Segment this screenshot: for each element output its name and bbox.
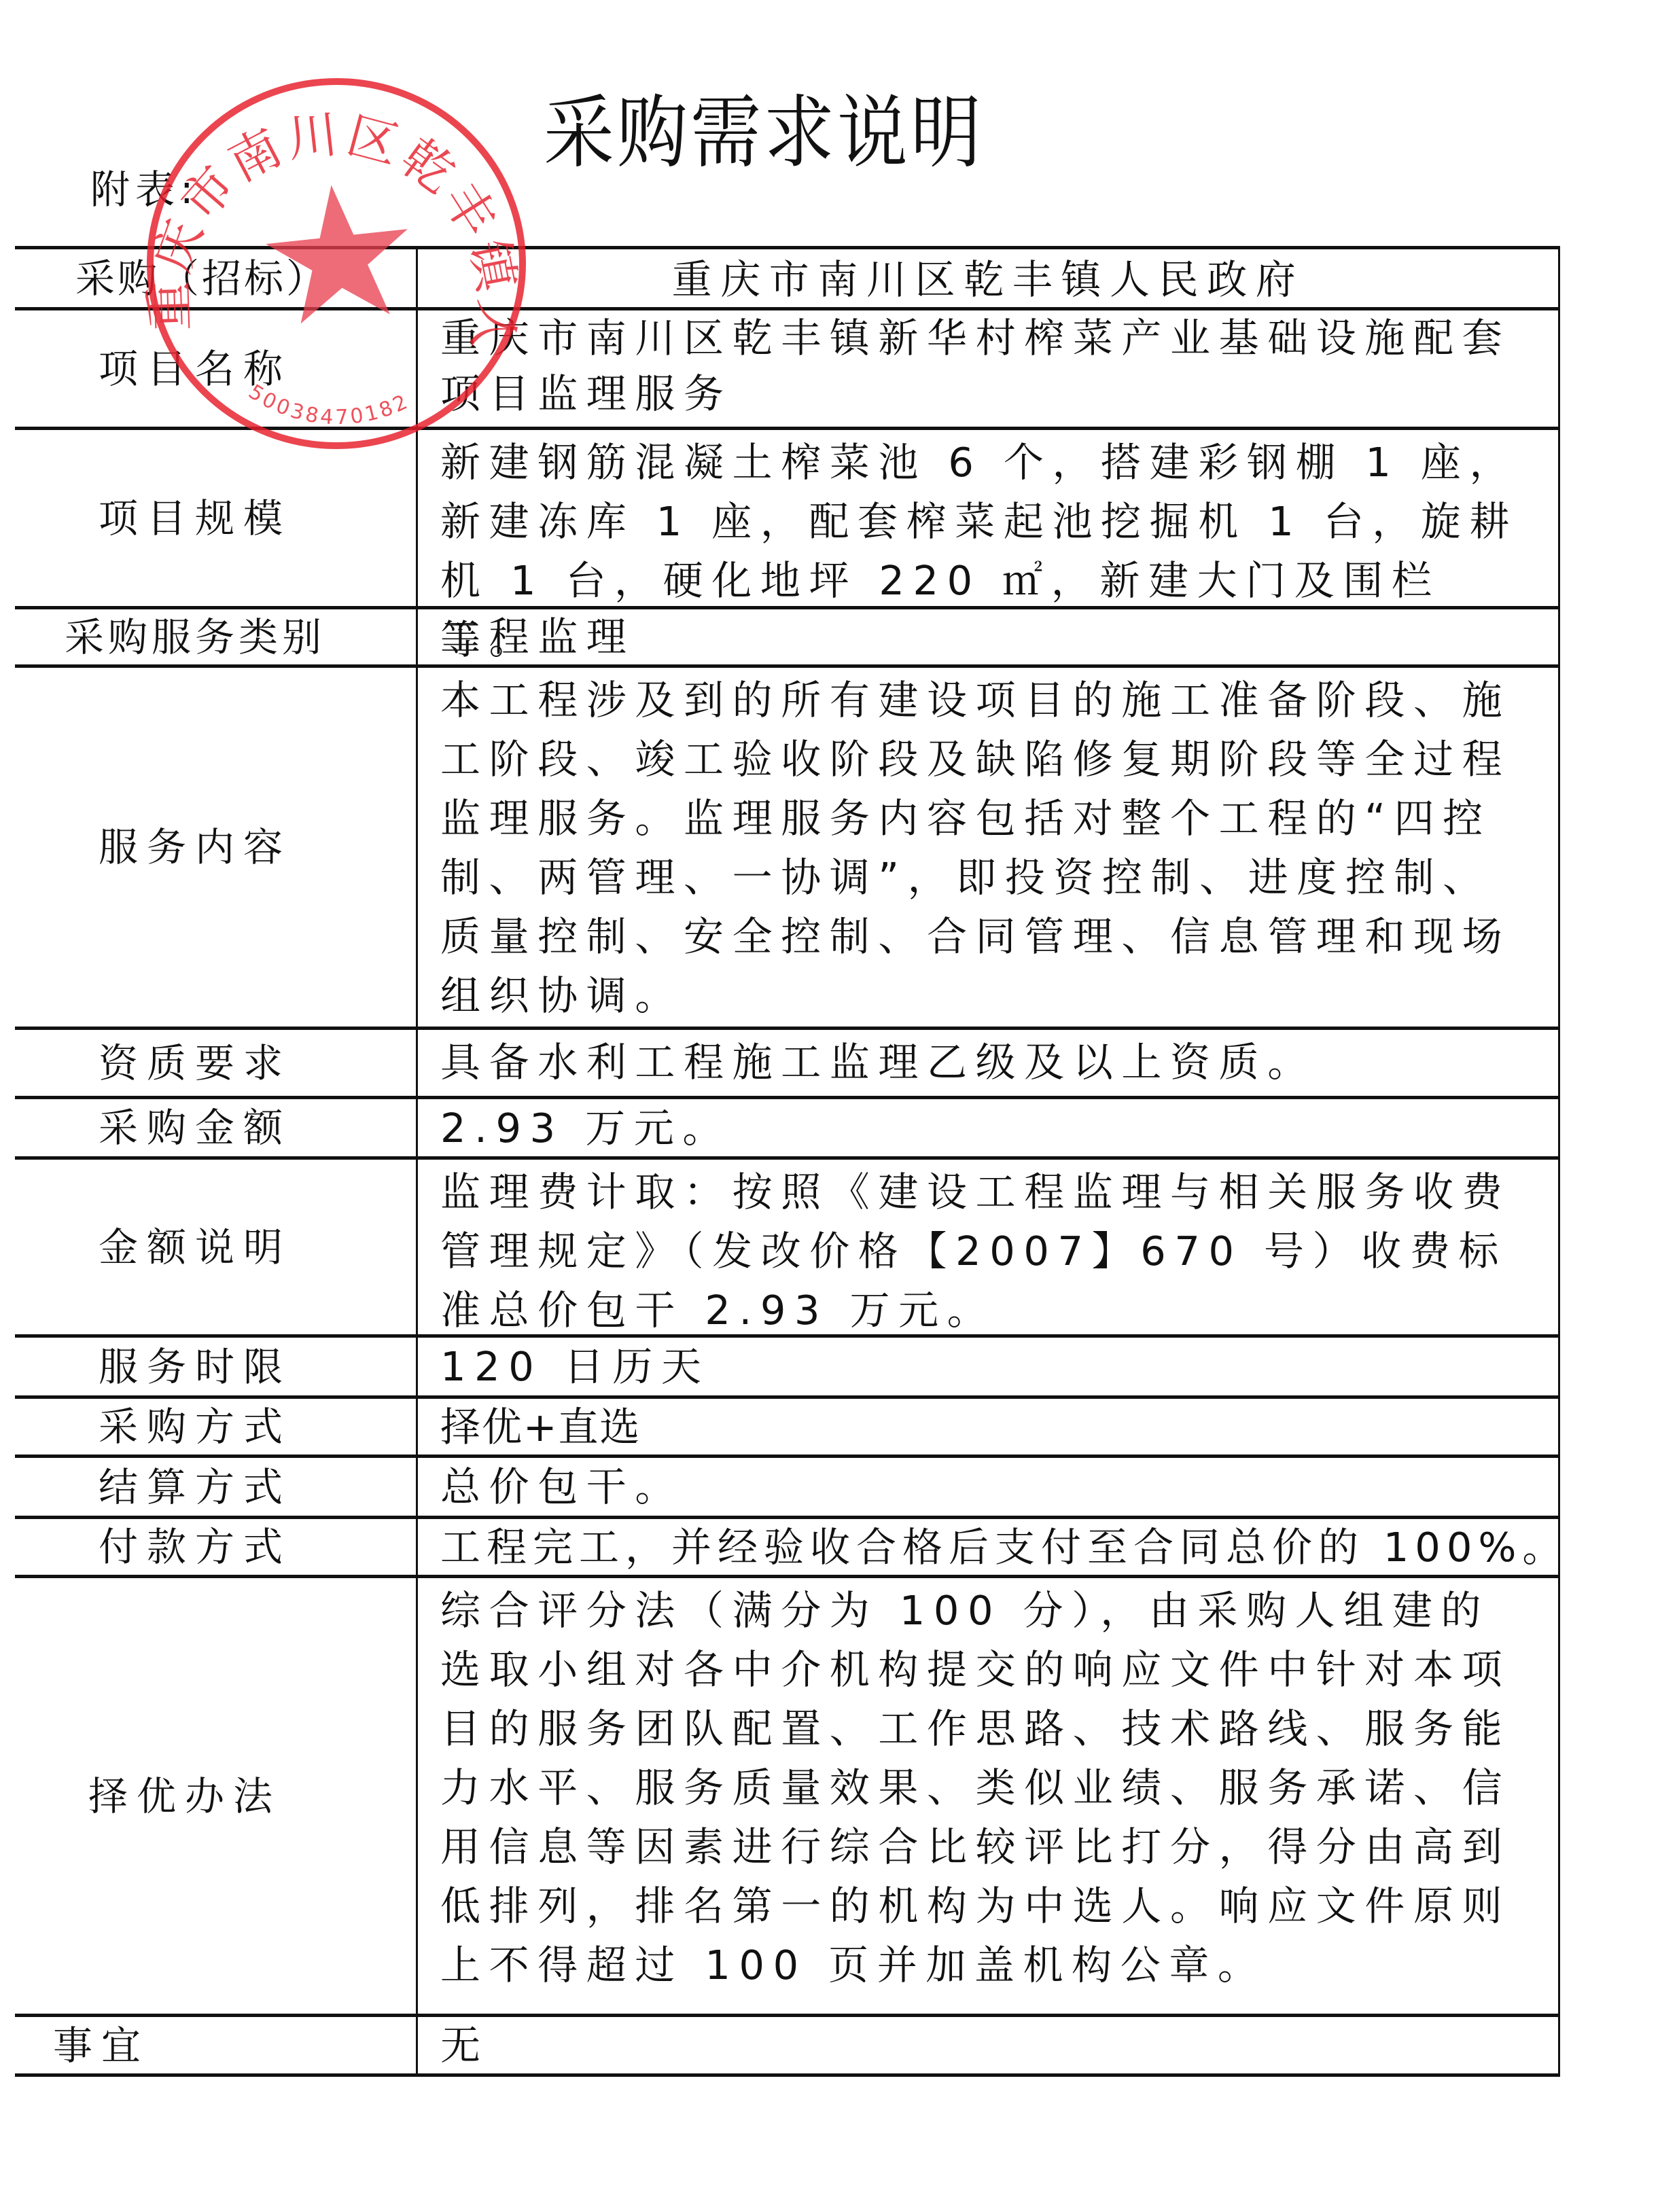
procurement-table: 采购（招标） 重庆市南川区乾丰镇人民政府 项目名称 重庆市南川区乾丰镇新华村榨菜… (0, 0, 1677, 2212)
table-row-service-period: 服务时限 120 日历天 (15, 1334, 1560, 1395)
table-row-project-name: 项目名称 重庆市南川区乾丰镇新华村榨菜产业基础设施配套项目监理服务 (15, 307, 1560, 427)
table-row-settlement-method: 结算方式 总价包干。 (15, 1455, 1560, 1516)
table-row-project-scale: 项目规模 新建钢筋混凝土榨菜池 6 个，搭建彩钢棚 1 座，新建冻库 1 座，配… (15, 427, 1560, 606)
row-value: 2.93 万元。 (418, 1099, 1560, 1156)
row-value: 新建钢筋混凝土榨菜池 6 个，搭建彩钢棚 1 座，新建冻库 1 座，配套榨菜起池… (418, 430, 1560, 606)
row-label: 采购方式 (15, 1399, 418, 1455)
row-label: 服务内容 (15, 668, 418, 1027)
table-row-amount: 采购金额 2.93 万元。 (15, 1096, 1560, 1156)
row-label: 金额说明 (15, 1160, 418, 1334)
row-label: 采购（招标） (15, 249, 418, 307)
row-value: 重庆市南川区乾丰镇人民政府 (418, 249, 1560, 307)
table-row-service-content: 服务内容 本工程涉及到的所有建设项目的施工准备阶段、施工阶段、竣工验收阶段及缺陷… (15, 664, 1560, 1027)
row-label: 采购金额 (15, 1099, 418, 1156)
row-value: 工程监理 (418, 609, 1560, 664)
row-value: 择优+直选 (418, 1399, 1560, 1455)
row-value: 具备水利工程施工监理乙级及以上资质。 (418, 1030, 1560, 1096)
row-value: 本工程涉及到的所有建设项目的施工准备阶段、施工阶段、竣工验收阶段及缺陷修复期阶段… (418, 668, 1560, 1027)
table-row-qualification: 资质要求 具备水利工程施工监理乙级及以上资质。 (15, 1027, 1560, 1096)
row-value: 重庆市南川区乾丰镇新华村榨菜产业基础设施配套项目监理服务 (418, 310, 1560, 427)
row-value: 监理费计取：按照《建设工程监理与相关服务收费管理规定》（发改价格【2007】67… (418, 1160, 1560, 1334)
table-row-purchaser: 采购（招标） 重庆市南川区乾丰镇人民政府 (15, 246, 1560, 307)
row-value: 120 日历天 (418, 1338, 1560, 1395)
row-label: 项目规模 (15, 430, 418, 606)
row-value: 无 (418, 2017, 1560, 2073)
row-label: 项目名称 (15, 310, 418, 427)
table-row-procurement-method: 采购方式 择优+直选 (15, 1395, 1560, 1455)
table-row-selection-method: 择优办法 综合评分法（满分为 100 分），由采购人组建的选取小组对各中介机构提… (15, 1575, 1560, 2014)
row-label: 采购服务类别 (15, 609, 418, 664)
row-value: 综合评分法（满分为 100 分），由采购人组建的选取小组对各中介机构提交的响应文… (418, 1578, 1560, 2014)
row-value: 工程完工，并经验收合格后支付至合同总价的 100%。 (418, 1519, 1560, 1575)
row-label: 资质要求 (15, 1030, 418, 1096)
row-label: 事宜 (15, 2017, 418, 2073)
row-label: 择优办法 (15, 1578, 418, 2014)
row-label: 结算方式 (15, 1458, 418, 1516)
table-row-service-category: 采购服务类别 工程监理 (15, 606, 1560, 664)
table-row-payment-method: 付款方式 工程完工，并经验收合格后支付至合同总价的 100%。 (15, 1516, 1560, 1575)
row-label: 付款方式 (15, 1519, 418, 1575)
table-row-other-matters: 事宜 无 (15, 2014, 1560, 2077)
table-row-amount-note: 金额说明 监理费计取：按照《建设工程监理与相关服务收费管理规定》（发改价格【20… (15, 1156, 1560, 1334)
row-value: 总价包干。 (418, 1458, 1560, 1516)
row-label: 服务时限 (15, 1338, 418, 1395)
